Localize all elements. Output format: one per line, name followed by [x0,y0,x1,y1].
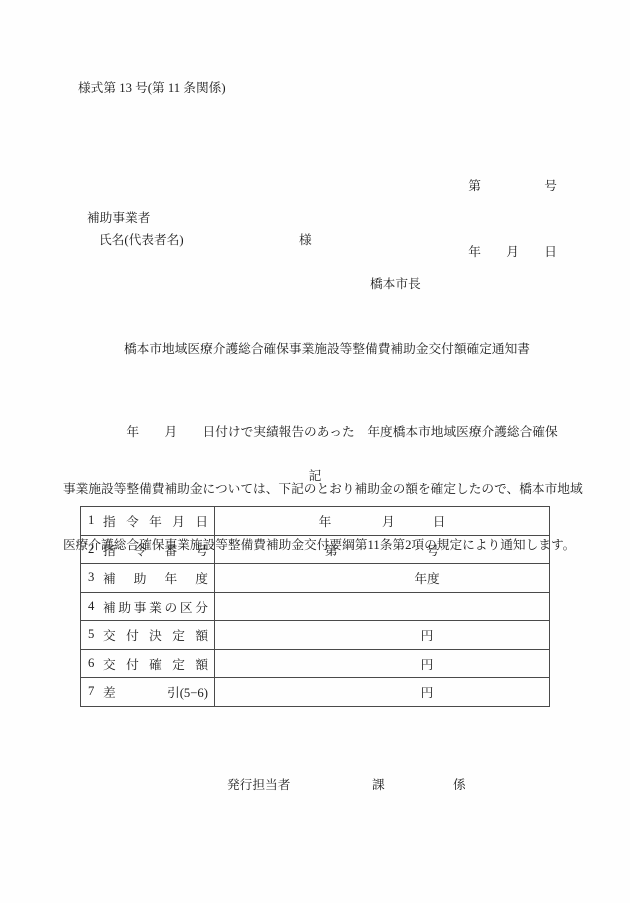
table-row: 2 指令番号 第 号 [81,535,550,564]
row-label: 差引(5−6) [103,682,208,701]
row-number: 2 [88,542,103,557]
table-row: 3 補助年度 年度 [81,564,550,593]
row-value: 年 月 日 [215,507,550,536]
row-number: 6 [88,656,103,671]
document-title: 橋本市地域医療介護総合確保事業施設等整備費補助金交付額確定通知書 [0,341,630,358]
subsection-label: 係 [453,777,466,794]
body-line: 年 月 日付けで実績報告のあった 年度橋本市地域医療介護総合確保 [63,421,571,443]
row-label: 補助年度 [103,568,208,587]
row-number: 4 [88,599,103,614]
issuer-label: 発行担当者 [227,777,290,794]
row-number: 3 [88,570,103,585]
table-row: 6 交付確定額 円 [81,649,550,678]
notice-table: 1 指令年月日 年 月 日 2 指令番号 第 号 3 補助年度 年度 [80,506,550,707]
table-row: 7 差引(5−6) 円 [81,678,550,707]
row-value: 円 [215,678,550,707]
document-number-block: 第 号 年 月 日 [468,131,557,307]
honorific-sama: 様 [299,232,312,249]
row-value: 第 号 [215,535,550,564]
table-row: 5 交付決定額 円 [81,621,550,650]
row-label: 指令番号 [103,540,208,559]
table-row: 4 補助事業の区分 [81,592,550,621]
recipient-label: 補助事業者 [87,210,150,227]
section-label: 課 [372,777,385,794]
sender-name: 橋本市長 [370,276,421,293]
row-label: 指令年月日 [103,511,208,530]
row-label: 交付確定額 [103,654,208,673]
row-number: 7 [88,684,103,699]
document-page: 様式第 13 号(第 11 条関係) 第 号 年 月 日 補助事業者 氏名(代表… [0,0,630,903]
row-value: 円 [215,621,550,650]
table-row: 1 指令年月日 年 月 日 [81,507,550,536]
record-marker: 記 [0,468,630,485]
document-date-line: 年 月 日 [468,241,557,263]
row-label: 補助事業の区分 [103,597,208,616]
form-number-label: 様式第 13 号(第 11 条関係) [78,80,226,97]
row-value: 円 [215,649,550,678]
row-number: 5 [88,627,103,642]
document-number-line: 第 号 [468,175,557,197]
row-value [215,592,550,621]
row-label: 交付決定額 [103,625,208,644]
row-number: 1 [88,513,103,528]
recipient-name-label: 氏名(代表者名) [99,232,184,249]
row-value: 年度 [215,564,550,593]
